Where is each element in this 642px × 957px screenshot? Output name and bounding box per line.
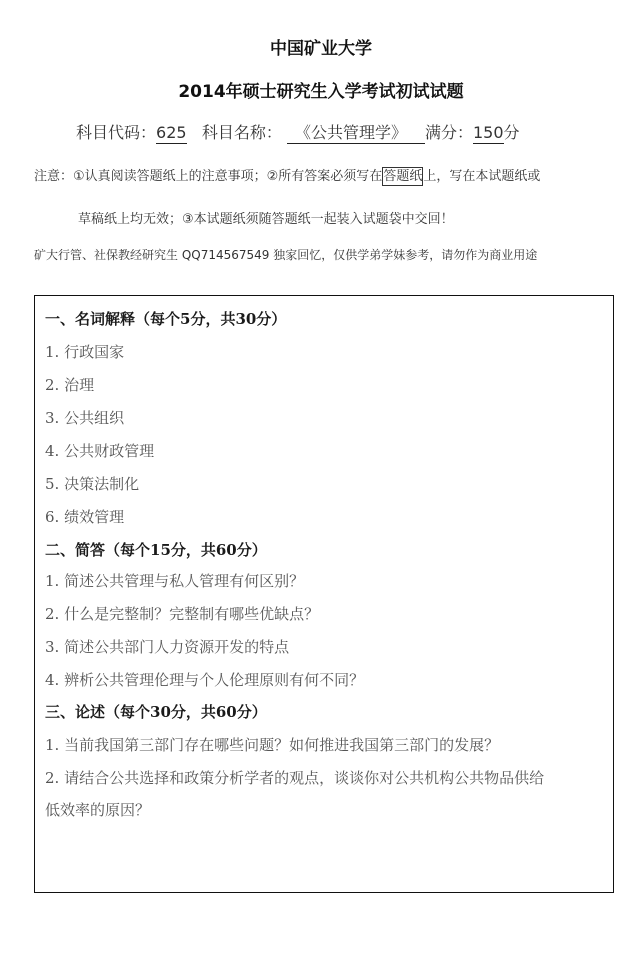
question-item: 6. 绩效管理 [45,506,124,527]
notice-line-1: 注意：①认真阅读答题纸上的注意事项；②所有答案必须写在答题纸上，写在本试题纸或 [34,165,540,184]
question-item: 1. 行政国家 [45,341,124,362]
subject-code-label: 科目代码： [76,123,156,142]
subject-code-value: 625 [156,124,187,144]
question-item-continuation: 低效率的原因？ [45,799,150,820]
notice-line-1-suffix: 上，写在本试题纸或 [423,169,540,184]
question-item: 4. 辨析公共管理伦理与个人伦理原则有何不同？ [45,669,364,690]
notice-boxed-answer-sheet: 答题纸 [382,167,423,186]
question-item: 3. 简述公共部门人力资源开发的特点 [45,636,289,657]
exam-title: 2014年硕士研究生入学考试初试试题 [0,77,642,102]
section-heading-short-answer: 二、简答（每个15分，共60分） [45,539,267,560]
notice-line-1-prefix: 注意：①认真阅读答题纸上的注意事项；②所有答案必须写在 [34,169,382,184]
full-score-value: 150 [473,124,504,144]
question-item: 1. 当前我国第三部门存在哪些问题？如何推进我国第三部门的发展？ [45,734,499,755]
disclaimer-line: 矿大行管、社保教经研究生 QQ714567549 独家回忆，仅供学弟学妹参考，请… [34,246,537,263]
subject-info-line: 科目代码：625 科目名称： 《公共管理学》满分：150分 [76,120,520,144]
question-item: 2. 治理 [45,374,94,395]
question-item: 5. 决策法制化 [45,473,139,494]
question-item: 3. 公共组织 [45,407,124,428]
section-heading-definitions: 一、名词解释（每个5分，共30分） [45,308,286,329]
question-box: 一、名词解释（每个5分，共30分） 1. 行政国家 2. 治理 3. 公共组织 … [34,295,614,893]
question-item: 1. 简述公共管理与私人管理有何区别？ [45,570,304,591]
question-item: 2. 什么是完整制？完整制有哪些优缺点？ [45,603,319,624]
section-heading-essay: 三、论述（每个30分，共60分） [45,701,267,722]
notice-line-2: 草稿纸上均无效；③本试题纸须随答题纸一起装入试题袋中交回！ [78,208,454,227]
subject-name-label: 科目名称： [202,123,282,142]
subject-name-value: 《公共管理学》 [287,124,425,144]
question-item: 2. 请结合公共选择和政策分析学者的观点，谈谈你对公共机构公共物品供给 [45,767,544,788]
question-item: 4. 公共财政管理 [45,440,154,461]
full-score-unit: 分 [504,123,520,142]
full-score-label: 满分： [425,123,473,142]
university-title: 中国矿业大学 [0,34,642,59]
